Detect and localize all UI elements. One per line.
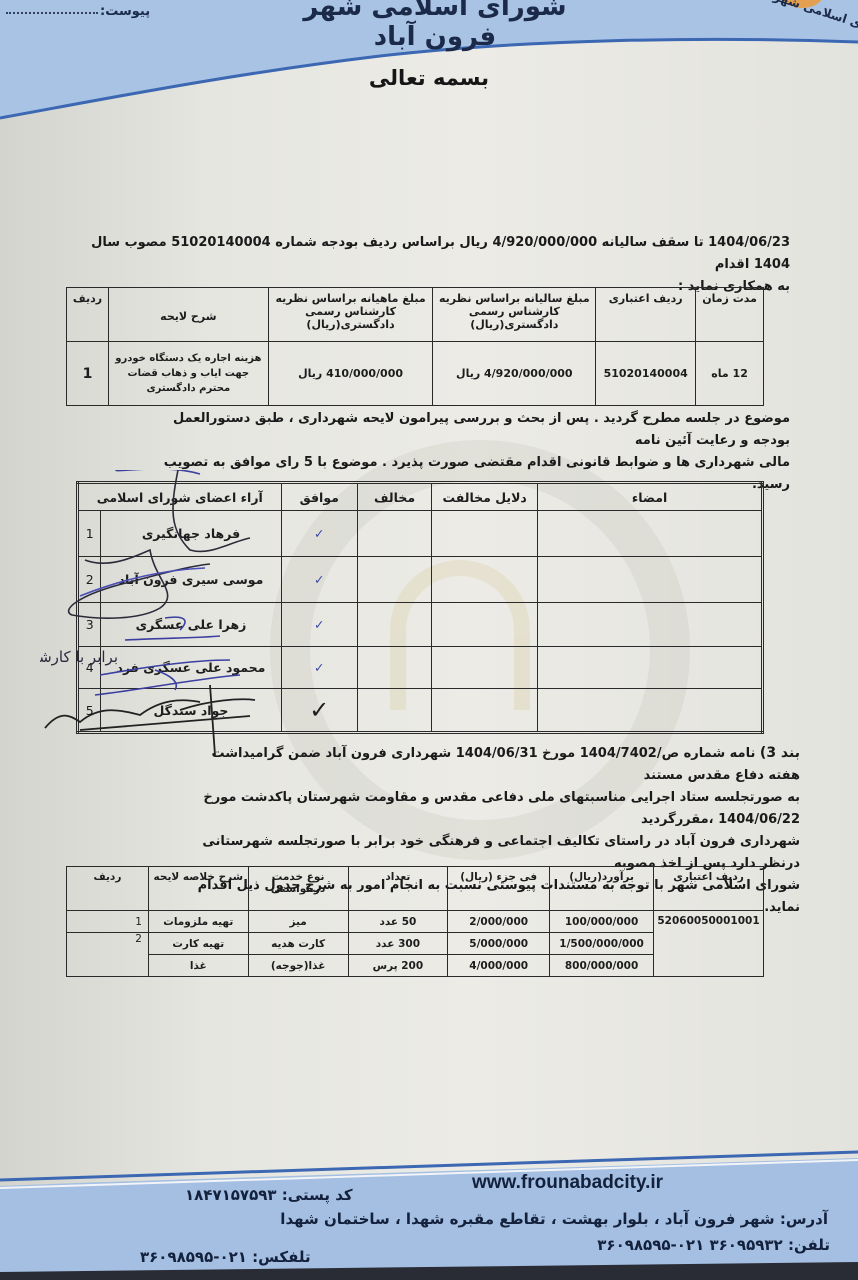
cell-count: 200 پرس — [348, 955, 448, 977]
clause-3-line-1: بند 3) نامه شماره ص/1404/7402 مورخ 1404/… — [180, 742, 800, 787]
attachment-field-line — [6, 12, 98, 14]
col-description: شرح لایحه — [109, 288, 269, 342]
cell-row: 1 — [67, 911, 149, 933]
cell-duration: 12 ماه — [696, 342, 764, 406]
col-unit-price: فی جزء (ریال) — [448, 867, 550, 911]
letterhead-footer: www.frounabadcity.ir کد پستی: ۱۸۴۷۱۵۷۵۹۳… — [0, 1150, 858, 1280]
clause-3-line-2: به صورتجلسه ستاد اجرایی مناسبتهای ملی دف… — [180, 787, 800, 831]
cell-summary: تهیه ملزومات — [148, 911, 248, 933]
cell-reasons — [432, 689, 538, 733]
cell-member-no: 5 — [78, 689, 101, 733]
table-row: ✓ فرهاد جهانگیری 1 — [78, 511, 763, 557]
cell-count: 300 عدد — [348, 933, 448, 955]
cell-oppose — [357, 647, 431, 689]
col-count: تعداد — [348, 867, 448, 911]
cell-unit-price: 5/000/000 — [448, 933, 550, 955]
table-row: ✓ زهرا علی عسگری 3 — [78, 603, 763, 647]
cell-estimate: 100/000/000 — [550, 911, 654, 933]
cell-reasons — [432, 557, 538, 603]
col-reasons: دلایل مخالفت — [432, 483, 538, 511]
cell-service-type: کارت هدیه — [248, 933, 348, 955]
cell-unit-price: 4/000/000 — [448, 955, 550, 977]
cell-signature — [538, 557, 763, 603]
cell-signature — [538, 603, 763, 647]
agree-checkmark-icon: ✓ — [281, 647, 357, 689]
agree-checkmark-icon: ✓ — [281, 511, 357, 557]
col-members: آراء اعضای شورای اسلامی — [78, 483, 282, 511]
org-title: شورای اسلامی شهر فرون آباد — [270, 0, 600, 52]
cell-count: 50 عدد — [348, 911, 448, 933]
fax-number: تلفکس: ۰۲۱-۳۶۰۹۸۵۹۵ — [140, 1248, 311, 1266]
table-row: ✓ موسی سیری فرون آباد 2 — [78, 557, 763, 603]
col-agree: موافق — [281, 483, 357, 511]
cell-row: 1 — [67, 342, 109, 406]
cell-budget-row: 52060050001001 — [654, 911, 764, 977]
cell-service-type: میز — [248, 911, 348, 933]
address: آدرس: شهر فرون آباد ، بلوار بهشت ، تقاطع… — [150, 1210, 850, 1228]
cell-oppose — [357, 689, 431, 733]
cell-member-no: 1 — [78, 511, 101, 557]
cell-member-name: جواد سندگل — [101, 689, 281, 733]
cell-row: 2 — [67, 933, 149, 977]
phone-numbers: تلفن: ۳۶۰۹۵۹۳۲ ۰۲۱-۳۶۰۹۸۵۹۵ — [440, 1236, 830, 1254]
cell-monthly-amount: 410/000/000 ریال — [268, 342, 433, 406]
cell-member-name: موسی سیری فرون آباد — [101, 557, 281, 603]
cell-signature — [538, 647, 763, 689]
basmala-heading: بسمه تعالی — [329, 66, 529, 90]
col-budget-row: ردیف اعتباری — [596, 288, 696, 342]
council-votes-table: امضاء دلایل مخالفت مخالف موافق آراء اعضا… — [76, 481, 764, 734]
agree-checkmark-icon: ✓ — [281, 557, 357, 603]
col-oppose: مخالف — [357, 483, 431, 511]
col-row: ردیف — [67, 288, 109, 342]
table-row: 12 ماه 51020140004 4/920/000/000 ریال 41… — [67, 342, 764, 406]
col-estimate: برآورد(ریال) — [550, 867, 654, 911]
letterhead-header: شورای اسلامی شهر فرون شورای اسلامی شهر ف… — [0, 0, 858, 120]
cell-member-name: زهرا علی عسگری — [101, 603, 281, 647]
cell-member-name: فرهاد جهانگیری — [101, 511, 281, 557]
attachment-label: پیوست: — [100, 4, 150, 19]
cell-unit-price: 2/000/000 — [448, 911, 550, 933]
website-link[interactable]: www.frounabadcity.ir — [472, 1172, 663, 1194]
agree-checkmark-icon: ✓ — [281, 603, 357, 647]
clause-3-label: بند 3) — [760, 745, 800, 761]
cell-estimate: 1/500/000/000 — [550, 933, 654, 955]
col-monthly-amount: مبلغ ماهیانه براساس نظریه کارشناس رسمی د… — [268, 288, 433, 342]
col-summary: شرح خلاصه لایحه — [148, 867, 248, 911]
cell-reasons — [432, 603, 538, 647]
col-row: ردیف — [67, 867, 149, 911]
cell-signature — [538, 689, 763, 733]
cell-reasons — [432, 511, 538, 557]
col-duration: مدت زمان — [696, 288, 764, 342]
col-signature: امضاء — [538, 483, 763, 511]
col-budget-row: ردیف اعتباری — [654, 867, 764, 911]
cell-signature — [538, 511, 763, 557]
cell-service-type: غذا(جوجه) — [248, 955, 348, 977]
intro-line-1: 1404/06/23 تا سقف سالیانه 4/920/000/000 … — [60, 232, 790, 276]
cell-budget-row: 51020140004 — [596, 342, 696, 406]
cell-oppose — [357, 511, 431, 557]
agree-checkmark-icon: ✓ — [281, 689, 357, 733]
col-service-type: نوع خدمت درخواستی — [248, 867, 348, 911]
table-row: 52060050001001 100/000/000 2/000/000 50 … — [67, 911, 764, 933]
table-row: ✓ محمود علی عسگری فرد 4 — [78, 647, 763, 689]
cell-member-no: 2 — [78, 557, 101, 603]
postal-code: کد پستی: ۱۸۴۷۱۵۷۵۹۳ — [185, 1186, 353, 1204]
cell-summary: غذا — [148, 955, 248, 977]
cell-member-no: 3 — [78, 603, 101, 647]
cell-description: هزینه اجاره یک دستگاه خودرو جهت ایاب و ذ… — [109, 342, 269, 406]
col-yearly-amount: مبلغ سالیانه براساس نظریه کارشناس رسمی د… — [433, 288, 596, 342]
lease-bill-table: مدت زمان ردیف اعتباری مبلغ سالیانه براسا… — [66, 287, 764, 406]
cell-yearly-amount: 4/920/000/000 ریال — [433, 342, 596, 406]
cell-member-no: 4 — [78, 647, 101, 689]
cell-estimate: 800/000/000 — [550, 955, 654, 977]
document-page: شورای اسلامی شهر فرون شورای اسلامی شهر ف… — [0, 0, 858, 1280]
cell-member-name: محمود علی عسگری فرد — [101, 647, 281, 689]
cell-oppose — [357, 603, 431, 647]
cell-reasons — [432, 647, 538, 689]
cell-summary: تهیه کارت — [148, 933, 248, 955]
defense-week-items-table: ردیف اعتباری برآورد(ریال) فی جزء (ریال) … — [66, 866, 764, 977]
decision-line-1: موضوع در جلسه مطرح گردید . پس از بحث و ب… — [150, 408, 790, 452]
table-row: ✓ جواد سندگل 5 — [78, 689, 763, 733]
cell-oppose — [357, 557, 431, 603]
